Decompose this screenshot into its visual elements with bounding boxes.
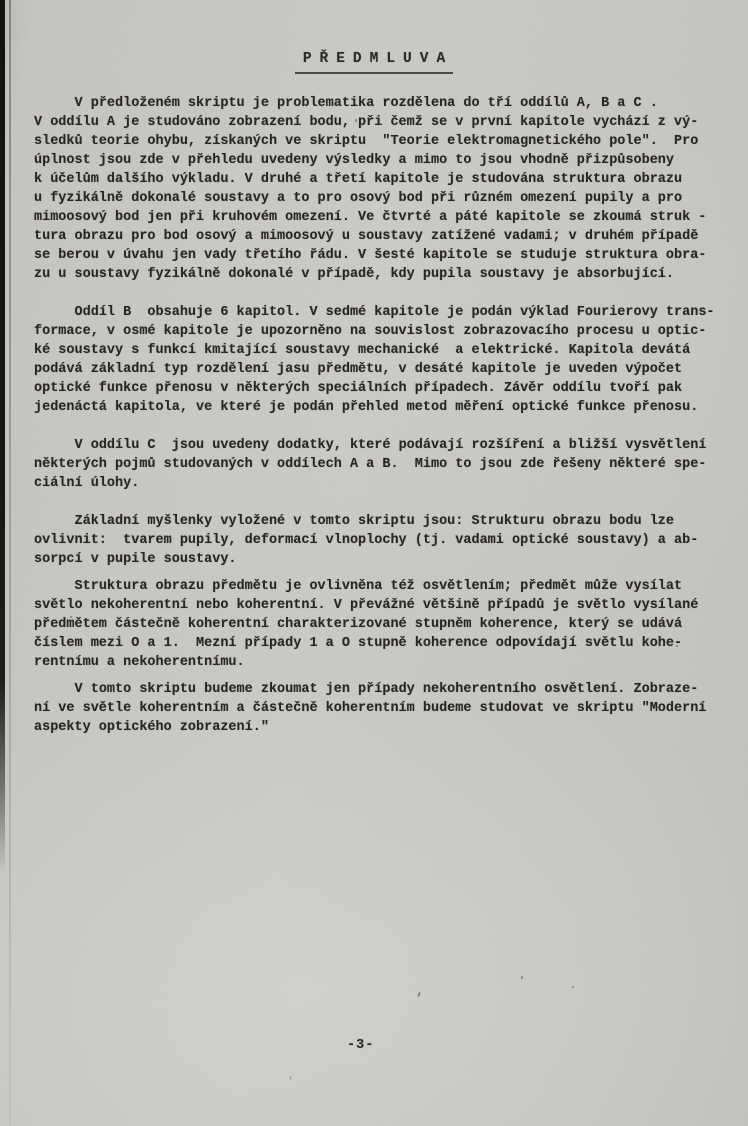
paragraph-3: V oddílu C jsou uvedeny dodatky, které p… xyxy=(34,436,720,493)
paragraph-1: V předloženém skriptu je problematika ro… xyxy=(34,94,720,284)
paragraph-4: Základní myšlenky vyložené v tomto skrip… xyxy=(34,512,720,569)
preface-text: V předloženém skriptu je problematika ro… xyxy=(34,94,720,737)
page-number: -3- xyxy=(347,1038,374,1053)
paper-edge-line xyxy=(9,0,11,1126)
page-title: PŘEDMLUVA xyxy=(295,51,453,74)
scanned-page: PŘEDMLUVA V předloženém skriptu je probl… xyxy=(0,0,748,1126)
paragraph-2: Oddíl B obsahuje 6 kapitol. V sedmé kapi… xyxy=(34,303,720,417)
paragraph-5: Struktura obrazu předmětu je ovlivněna t… xyxy=(34,577,720,672)
dust-speck xyxy=(70,616,72,618)
dust-speck xyxy=(355,119,357,122)
title-container: PŘEDMLUVA xyxy=(0,49,748,74)
scan-edge-shadow xyxy=(0,0,5,875)
dust-speck xyxy=(676,645,678,647)
dust-speck xyxy=(521,976,523,979)
dust-speck xyxy=(572,986,574,988)
dust-speck xyxy=(289,1076,291,1080)
paragraph-6: V tomto skriptu budeme zkoumat jen přípa… xyxy=(34,680,720,737)
dust-speck xyxy=(417,992,421,997)
